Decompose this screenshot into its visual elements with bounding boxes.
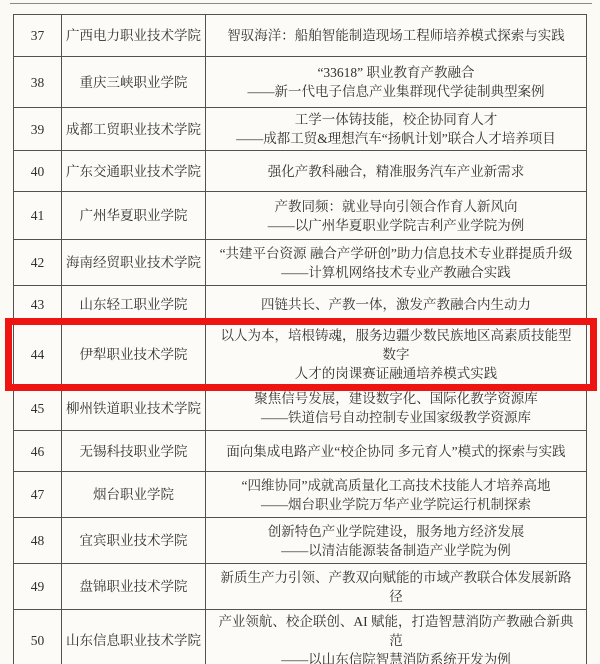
case-title: 创新特色产业学院建设，服务地方经济发展 ——以清洁能源装备制造产业学院为例	[206, 518, 586, 563]
college-name: 山东轻工职业学院	[62, 286, 206, 323]
case-title: “共建平台资源 融合产学研创”助力信息技术专业群提质升级 ——计算机网络技术专业…	[206, 240, 586, 285]
table-row-highlighted: 44 伊犁职业技术学院 以人为本，培根铸魂，服务边疆少数民族地区高素质技能型数字…	[14, 324, 586, 386]
previous-row-border-line	[10, 3, 592, 4]
row-number: 40	[14, 151, 62, 191]
case-title: 以人为本，培根铸魂，服务边疆少数民族地区高素质技能型数字 人才的岗课赛证融通培养…	[206, 324, 586, 385]
case-title: 四链共长、产教一体，激发产教融合内生动力	[206, 286, 586, 323]
college-name: 无锡科技职业学院	[62, 431, 206, 471]
college-name: 海南经贸职业技术学院	[62, 240, 206, 285]
case-title: 工学一体铸技能，校企协同育人才 ——成都工贸&理想汽车“扬帆计划”联合人才培养项…	[206, 108, 586, 150]
row-number: 38	[14, 57, 62, 107]
row-number: 49	[14, 564, 62, 609]
row-number: 45	[14, 386, 62, 430]
table-row: 50 山东信息职业技术学院 产业领航、校企联创、AI 赋能，打造智慧消防产教融合…	[14, 610, 586, 664]
row-number: 46	[14, 431, 62, 471]
row-number: 50	[14, 610, 62, 664]
table-row: 43 山东轻工职业学院 四链共长、产教一体，激发产教融合内生动力	[14, 286, 586, 324]
table-row: 40 广东交通职业技术学院 强化产教科融合，精准服务汽车产业新需求	[14, 151, 586, 192]
college-name: 烟台职业学院	[62, 472, 206, 517]
table-row: 42 海南经贸职业技术学院 “共建平台资源 融合产学研创”助力信息技术专业群提质…	[14, 240, 586, 286]
document-page: 37 广西电力职业技术学院 智驭海洋：船舶智能制造现场工程师培养模式探索与实践 …	[0, 0, 600, 664]
row-number: 47	[14, 472, 62, 517]
table-row: 37 广西电力职业技术学院 智驭海洋：船舶智能制造现场工程师培养模式探索与实践	[14, 15, 586, 57]
row-number: 44	[14, 324, 62, 385]
table-row: 38 重庆三峡职业学院 “33618” 职业教育产教融合 ——新一代电子信息产业…	[14, 57, 586, 108]
case-title: “33618” 职业教育产教融合 ——新一代电子信息产业集群现代学徒制典型案例	[206, 57, 586, 107]
row-number: 43	[14, 286, 62, 323]
college-name: 广东交通职业技术学院	[62, 151, 206, 191]
case-title: 强化产教科融合，精准服务汽车产业新需求	[206, 151, 586, 191]
table-row: 47 烟台职业学院 “四维协同”成就高质量化工高技术技能人才培养高地 ——烟台职…	[14, 472, 586, 518]
approval-list-table: 37 广西电力职业技术学院 智驭海洋：船舶智能制造现场工程师培养模式探索与实践 …	[13, 14, 587, 664]
case-title: 智驭海洋：船舶智能制造现场工程师培养模式探索与实践	[206, 15, 586, 56]
row-number: 39	[14, 108, 62, 150]
case-title: 产业领航、校企联创、AI 赋能，打造智慧消防产教融合新典范 ——以山东信院智慧消…	[206, 610, 586, 664]
college-name: 山东信息职业技术学院	[62, 610, 206, 664]
case-title: “四维协同”成就高质量化工高技术技能人才培养高地 ——烟台职业学院万华产业学院运…	[206, 472, 586, 517]
case-title: 聚焦信号发展，建设数字化、国际化教学资源库 ——铁道信号自动控制专业国家级教学资…	[206, 386, 586, 430]
case-title: 产教同频：就业导向引领合作育人新风向 ——以广州华夏职业学院吉利产业学院为例	[206, 192, 586, 239]
table-row: 41 广州华夏职业学院 产教同频：就业导向引领合作育人新风向 ——以广州华夏职业…	[14, 192, 586, 240]
college-name: 盘锦职业技术学院	[62, 564, 206, 609]
row-number: 41	[14, 192, 62, 239]
table-row: 39 成都工贸职业技术学院 工学一体铸技能，校企协同育人才 ——成都工贸&理想汽…	[14, 108, 586, 151]
college-name: 柳州铁道职业技术学院	[62, 386, 206, 430]
college-name: 广西电力职业技术学院	[62, 15, 206, 56]
case-title: 新质生产力引领、产教双向赋能的市域产教联合体发展新路径	[206, 564, 586, 609]
table-row: 48 宜宾职业技术学院 创新特色产业学院建设，服务地方经济发展 ——以清洁能源装…	[14, 518, 586, 564]
table-row: 45 柳州铁道职业技术学院 聚焦信号发展，建设数字化、国际化教学资源库 ——铁道…	[14, 386, 586, 431]
row-number: 48	[14, 518, 62, 563]
row-number: 37	[14, 15, 62, 56]
college-name: 重庆三峡职业学院	[62, 57, 206, 107]
college-name: 广州华夏职业学院	[62, 192, 206, 239]
table-row: 46 无锡科技职业学院 面向集成电路产业“校企协同 多元育人”模式的探索与实践	[14, 431, 586, 472]
row-number: 42	[14, 240, 62, 285]
college-name: 宜宾职业技术学院	[62, 518, 206, 563]
college-name: 成都工贸职业技术学院	[62, 108, 206, 150]
college-name: 伊犁职业技术学院	[62, 324, 206, 385]
table-row: 49 盘锦职业技术学院 新质生产力引领、产教双向赋能的市域产教联合体发展新路径	[14, 564, 586, 610]
case-title: 面向集成电路产业“校企协同 多元育人”模式的探索与实践	[206, 431, 586, 471]
